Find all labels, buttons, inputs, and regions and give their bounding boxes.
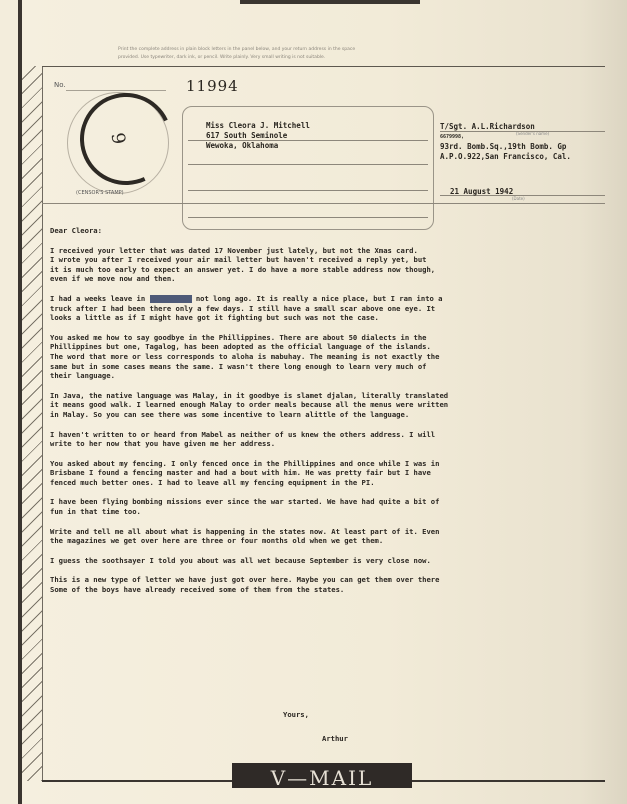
sender-unit: 93rd. Bomb.Sq.,19th Bomb. Gp xyxy=(440,142,571,152)
address-rule xyxy=(188,164,428,165)
recipient-city: Wewoka, Oklahoma xyxy=(206,141,310,151)
salutation: Dear Cleora: xyxy=(50,226,590,236)
paragraph: I guess the soothsayer I told you about … xyxy=(50,556,590,566)
address-rule xyxy=(188,190,428,191)
date-label: (Date) xyxy=(512,196,525,201)
censor-stamp-label: (CENSOR'S STAMP) xyxy=(76,190,124,196)
sender-address: T/Sgt. A.L.Richardson 6679998, 93rd. Bom… xyxy=(440,122,571,162)
paragraph: I haven't written to or heard from Mabel… xyxy=(50,430,590,449)
hatched-margin xyxy=(22,66,43,781)
instructions-line: provided. Use typewriter, dark ink, or p… xyxy=(118,54,538,62)
number-rule xyxy=(66,90,166,91)
paragraph: You asked me how to say goodbye in the P… xyxy=(50,333,590,381)
closing: Yours, xyxy=(283,710,309,719)
signature: Arthur xyxy=(322,734,348,743)
paragraph: I have been flying bombing missions ever… xyxy=(50,497,590,516)
letter-body: Dear Cleora: I received your letter that… xyxy=(50,226,590,605)
header-rule xyxy=(42,66,605,67)
sender-serial: 6679998, xyxy=(440,132,571,142)
paragraph: This is a new type of letter we have jus… xyxy=(50,575,590,594)
paragraph: In Java, the native language was Malay, … xyxy=(50,391,590,420)
recipient-address: Miss Cleora J. Mitchell 617 South Semino… xyxy=(206,121,310,151)
vmail-logo: V—MAIL xyxy=(232,763,412,788)
sender-rule xyxy=(440,131,605,132)
paragraph: You asked about my fencing. I only fence… xyxy=(50,459,590,488)
paragraph: Write and tell me all about what is happ… xyxy=(50,527,590,546)
sender-apo: A.P.O.922,San Francisco, Cal. xyxy=(440,152,571,162)
instructions-line: Print the complete address in plain bloc… xyxy=(118,46,538,54)
paragraph: I had a weeks leave in not long ago. It … xyxy=(50,294,590,323)
top-edge-mark xyxy=(240,0,420,4)
number-label: No. xyxy=(54,81,66,89)
censor-redaction xyxy=(150,295,192,303)
header-bottom-rule xyxy=(42,203,605,204)
letter-date: 21 August 1942 xyxy=(450,187,513,196)
address-rule xyxy=(188,140,428,141)
recipient-name: Miss Cleora J. Mitchell xyxy=(206,121,310,131)
serial-number: 11994 xyxy=(186,77,239,95)
address-rule xyxy=(188,217,428,218)
form-instructions: Print the complete address in plain bloc… xyxy=(118,46,538,62)
paragraph: I received your letter that was dated 17… xyxy=(50,246,590,284)
